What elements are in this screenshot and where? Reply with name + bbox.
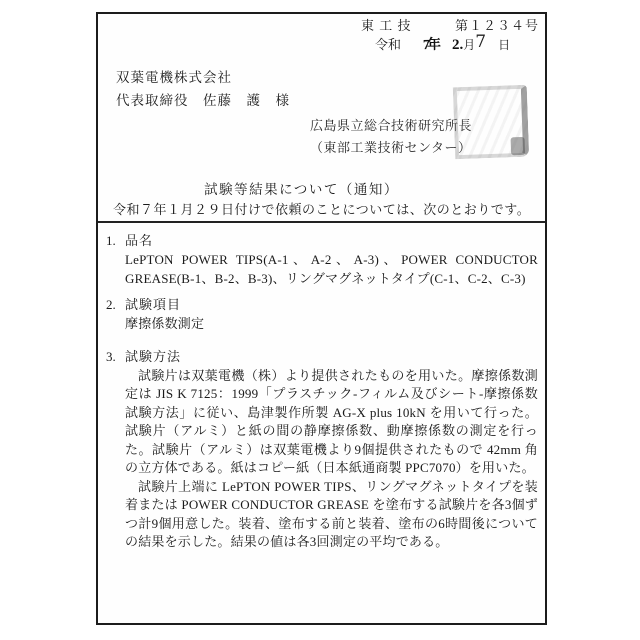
item-1-hinmei: 1. 品名 LePTON POWER TIPS(A-1、A-2、A-3)、POW… (106, 231, 538, 288)
item-title: 試験項目 (125, 295, 181, 315)
item-body: 試験片は双葉電機（株）より提供されたものを用いた。摩擦係数測定は JIS K 7… (125, 367, 538, 552)
item-number: 1. (106, 231, 125, 251)
item-body: LePTON POWER TIPS(A-1、A-2、A-3)、POWER CON… (125, 251, 538, 288)
document-sheet-border: 東 工 技 第１２３４号 令和 7年 2. 月 7 日 双葉電機株式会社 代表取… (96, 12, 547, 625)
item-body-paragraph: 試験片上端に LePTON POWER TIPS、リングマグネットタイプを装着ま… (125, 478, 538, 552)
intro-line: 令和７年１月２９日付けで依頼のことについては、次のとおりです。 (98, 202, 545, 223)
recipient-block: 双葉電機株式会社 代表取締役 佐藤 護 様 (116, 66, 290, 112)
item-head: 3. 試験方法 (106, 347, 538, 367)
official-seal-stamp-icon (453, 85, 529, 160)
doc-number: 第１２３４号 (455, 17, 539, 34)
sender-title: 広島県立総合技術研究所長 (310, 115, 472, 137)
item-title: 試験方法 (125, 347, 181, 367)
item-head: 1. 品名 (106, 231, 538, 251)
item-2-shiken-koumoku: 2. 試験項目 摩擦係数測定 (106, 295, 538, 334)
doc-number-line: 東 工 技 第１２３４号 (361, 17, 539, 34)
date-stamp-year: 7年 (423, 37, 438, 54)
recipient-company: 双葉電機株式会社 (116, 66, 290, 89)
item-number: 2. (106, 295, 125, 315)
item-title: 品名 (125, 231, 153, 251)
item-body-paragraph: 試験片は双葉電機（株）より提供されたものを用いた。摩擦係数測定は JIS K 7… (125, 367, 538, 478)
item-body-paragraph: 摩擦係数測定 (125, 315, 538, 334)
day-label: 日 (498, 37, 510, 54)
document-header: 東 工 技 第１２３４号 令和 7年 2. 月 7 日 (361, 17, 539, 54)
sender-subtitle: （東部工業技術センター） (310, 137, 472, 159)
item-body: 摩擦係数測定 (125, 315, 538, 334)
scanned-document-page: 東 工 技 第１２３４号 令和 7年 2. 月 7 日 双葉電機株式会社 代表取… (0, 0, 640, 640)
recipient-person: 代表取締役 佐藤 護 様 (116, 89, 290, 112)
seal-ink-smudge (511, 137, 526, 155)
item-head: 2. 試験項目 (106, 295, 538, 315)
items-list: 1. 品名 LePTON POWER TIPS(A-1、A-2、A-3)、POW… (106, 224, 538, 552)
sender-block: 広島県立総合技術研究所長 （東部工業技術センター） (310, 115, 472, 159)
subject-title: 試験等結果について（通知） (98, 178, 505, 198)
item-number: 3. (106, 347, 125, 367)
date-stamp-month: 2. (452, 37, 463, 54)
month-label: 月 (463, 37, 475, 54)
date-line: 令和 7年 2. 月 7 日 (361, 36, 539, 54)
item-3-shiken-houhou: 3. 試験方法 試験片は双葉電機（株）より提供されたものを用いた。摩擦係数測定は… (106, 347, 538, 552)
date-stamp-day: 7 (475, 34, 486, 51)
office-code: 東 工 技 (361, 17, 412, 34)
item-body-paragraph: LePTON POWER TIPS(A-1、A-2、A-3)、POWER CON… (125, 251, 538, 288)
era-label: 令和 (375, 36, 401, 53)
